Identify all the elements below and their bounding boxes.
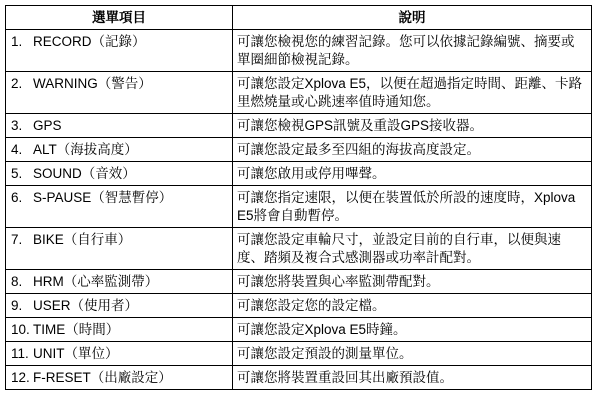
menu-item-name: UNIT（單位）	[33, 346, 119, 361]
menu-item-number: 8.	[11, 273, 33, 291]
menu-item-name: HRM（心率監測帶）	[33, 274, 158, 289]
menu-item-description: 可讓您設定您的設定檔。	[233, 294, 592, 318]
table-row: 11.UNIT（單位）可讓您設定預設的測量單位。	[6, 342, 592, 366]
menu-item-cell: 7.BIKE（自行車）	[6, 228, 233, 270]
menu-item-name: WARNING（警告）	[33, 76, 152, 91]
menu-item-number: 9.	[11, 297, 33, 315]
description-column-header: 說明	[233, 6, 592, 30]
menu-item-description: 可讓您設定最多至四組的海拔高度設定。	[233, 138, 592, 162]
menu-item-number: 1.	[11, 33, 33, 51]
table-row: 9.USER（使用者）可讓您設定您的設定檔。	[6, 294, 592, 318]
menu-item-cell: 11.UNIT（單位）	[6, 342, 233, 366]
menu-item-cell: 9.USER（使用者）	[6, 294, 233, 318]
menu-item-name: TIME（時間）	[33, 322, 119, 337]
menu-item-name: F-RESET（出廠設定）	[33, 370, 172, 385]
menu-item-number: 5.	[11, 165, 33, 183]
menu-item-description: 可讓您設定車輪尺寸，並設定目前的自行車，以便與速度、踏頻及複合式感測器或功率計配…	[233, 228, 592, 270]
menu-item-description: 可讓您設定Xplova E5，以便在超過指定時間、距離、卡路里燃燒量或心跳速率值…	[233, 72, 592, 114]
menu-item-number: 6.	[11, 189, 33, 207]
menu-item-name: USER（使用者）	[33, 298, 138, 313]
table-row: 7.BIKE（自行車）可讓您設定車輪尺寸，並設定目前的自行車，以便與速度、踏頻及…	[6, 228, 592, 270]
menu-item-cell: 2.WARNING（警告）	[6, 72, 233, 114]
menu-item-description: 可讓您檢視您的練習記錄。您可以依據記錄編號、摘要或單圈細節檢視記錄。	[233, 30, 592, 72]
menu-item-cell: 3.GPS	[6, 114, 233, 138]
menu-item-cell: 6.S-PAUSE（智慧暫停）	[6, 186, 233, 228]
menu-item-cell: 1.RECORD（記錄）	[6, 30, 233, 72]
menu-item-description: 可讓您指定速限，以便在裝置低於所設的速度時，Xplova E5將會自動暫停。	[233, 186, 592, 228]
menu-item-number: 11.	[11, 345, 33, 363]
table-header-row: 選單項目 說明	[6, 6, 592, 30]
table-row: 4.ALT（海拔高度）可讓您設定最多至四組的海拔高度設定。	[6, 138, 592, 162]
menu-item-cell: 5.SOUND（音效）	[6, 162, 233, 186]
menu-item-name: ALT（海拔高度）	[33, 142, 138, 157]
menu-item-description: 可讓您檢視GPS訊號及重設GPS接收器。	[233, 114, 592, 138]
table-row: 12.F-RESET（出廠設定）可讓您將裝置重設回其出廠預設值。	[6, 366, 592, 390]
menu-item-cell: 4.ALT（海拔高度）	[6, 138, 233, 162]
menu-item-number: 12.	[11, 369, 33, 387]
menu-item-description: 可讓您啟用或停用嗶聲。	[233, 162, 592, 186]
table-row: 3.GPS可讓您檢視GPS訊號及重設GPS接收器。	[6, 114, 592, 138]
menu-item-number: 7.	[11, 231, 33, 249]
table-row: 8.HRM（心率監測帶）可讓您將裝置與心率監測帶配對。	[6, 270, 592, 294]
table-row: 10.TIME（時間）可讓您設定Xplova E5時鐘。	[6, 318, 592, 342]
menu-item-number: 2.	[11, 75, 33, 93]
menu-item-name: GPS	[33, 118, 62, 133]
menu-item-number: 10.	[11, 321, 33, 339]
menu-item-name: SOUND（音效）	[33, 166, 136, 181]
menu-item-number: 4.	[11, 141, 33, 159]
menu-description-table: 選單項目 說明 1.RECORD（記錄）可讓您檢視您的練習記錄。您可以依據記錄編…	[5, 5, 592, 390]
menu-item-name: RECORD（記錄）	[33, 34, 146, 49]
table-row: 6.S-PAUSE（智慧暫停）可讓您指定速限，以便在裝置低於所設的速度時，Xpl…	[6, 186, 592, 228]
menu-item-number: 3.	[11, 117, 33, 135]
manual-page: 選單項目 說明 1.RECORD（記錄）可讓您檢視您的練習記錄。您可以依據記錄編…	[0, 0, 596, 397]
menu-item-description: 可讓您設定預設的測量單位。	[233, 342, 592, 366]
table-row: 5.SOUND（音效）可讓您啟用或停用嗶聲。	[6, 162, 592, 186]
menu-item-cell: 12.F-RESET（出廠設定）	[6, 366, 233, 390]
menu-item-description: 可讓您設定Xplova E5時鐘。	[233, 318, 592, 342]
menu-item-description: 可讓您將裝置與心率監測帶配對。	[233, 270, 592, 294]
table-body: 1.RECORD（記錄）可讓您檢視您的練習記錄。您可以依據記錄編號、摘要或單圈細…	[6, 30, 592, 390]
menu-item-name: BIKE（自行車）	[33, 232, 131, 247]
menu-item-cell: 10.TIME（時間）	[6, 318, 233, 342]
menu-item-cell: 8.HRM（心率監測帶）	[6, 270, 233, 294]
table-row: 2.WARNING（警告）可讓您設定Xplova E5，以便在超過指定時間、距離…	[6, 72, 592, 114]
menu-column-header: 選單項目	[6, 6, 233, 30]
table-row: 1.RECORD（記錄）可讓您檢視您的練習記錄。您可以依據記錄編號、摘要或單圈細…	[6, 30, 592, 72]
menu-item-name: S-PAUSE（智慧暫停）	[33, 190, 172, 205]
menu-item-description: 可讓您將裝置重設回其出廠預設值。	[233, 366, 592, 390]
